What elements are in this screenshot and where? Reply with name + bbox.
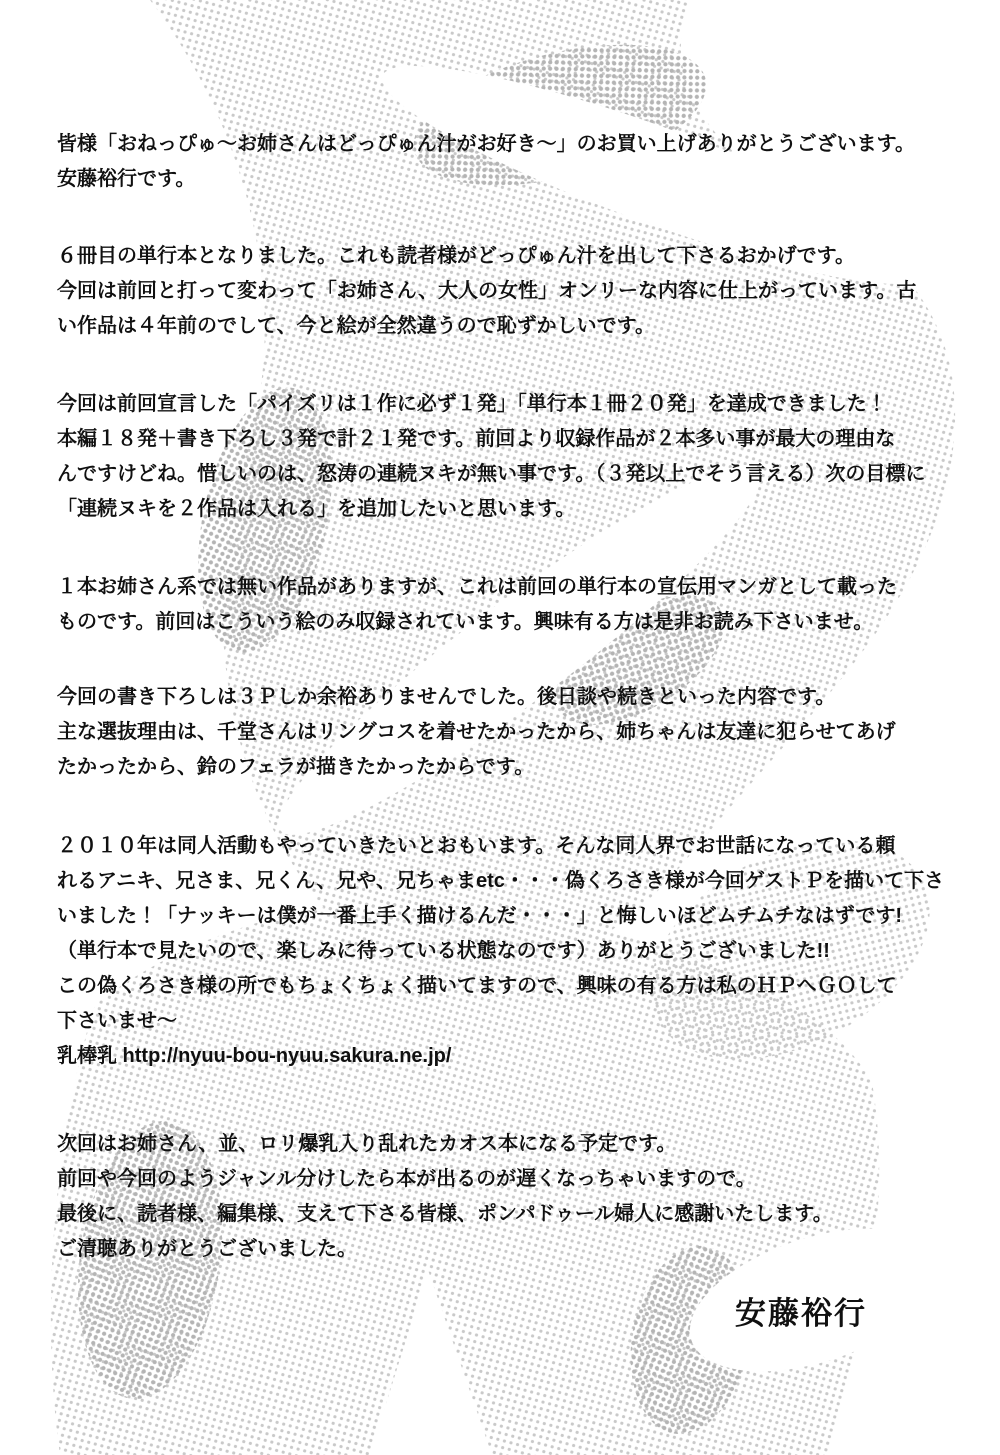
text-line: 最後に、読者様、編集様、支えて下さる皆様、ポンパドゥール婦人に感謝いたします。 (57, 1197, 957, 1232)
text-line: ものです。前回はこういう絵のみ収録されています。興味有る方は是非お読み下さいませ… (57, 605, 957, 640)
text-line: たかったから、鈴のフェラが描きたかったからです。 (57, 750, 957, 785)
text-line: んですけどね。惜しいのは、怒涛の連続ヌキが無い事です。（３発以上でそう言える）次… (57, 457, 957, 492)
text-line: 「連続ヌキを２作品は入れる」を追加したいと思います。 (57, 492, 957, 527)
text-line: 下さいませ～ (57, 1004, 957, 1039)
text-line: 安藤裕行です。 (57, 162, 957, 197)
website-url-line: 乳棒乳 http://nyuu-bou-nyuu.sakura.ne.jp/ (57, 1039, 957, 1074)
text-line: 前回や今回のようジャンル分けしたら本が出るのが遅くなっちゃいますので。 (57, 1162, 957, 1197)
text-line: ２０１０年は同人活動もやっていきたいとおもいます。そんな同人界でお世話になってい… (57, 829, 957, 864)
text-line: ６冊目の単行本となりました。これも読者様がどっぴゅん汁を出して下さるおかげです。 (57, 239, 957, 274)
paragraph-promo-manga: １本お姉さん系では無い作品がありますが、これは前回の単行本の宣伝用マンガとして載… (57, 570, 957, 640)
paragraph-greeting: 皆様「おねっぴゅ～お姉さんはどっぴゅん汁がお好き～」のお買い上げありがとうござい… (57, 127, 957, 197)
text-line: ご清聴ありがとうございました。 (57, 1232, 957, 1267)
text-line: １本お姉さん系では無い作品がありますが、これは前回の単行本の宣伝用マンガとして載… (57, 570, 957, 605)
paragraph-sixth-book: ６冊目の単行本となりました。これも読者様がどっぴゅん汁を出して下さるおかげです。… (57, 239, 957, 344)
text-line: 今回は前回宣言した「パイズリは１作に必ず１発」「単行本１冊２０発」を達成できまし… (57, 387, 957, 422)
text-line: 次回はお姉さん、並、ロリ爆乳入り乱れたカオス本になる予定です。 (57, 1127, 957, 1162)
text-line: （単行本で見たいので、楽しみに待っている状態なのです）ありがとうございました!! (57, 934, 957, 969)
paragraph-doujin-guest: ２０１０年は同人活動もやっていきたいとおもいます。そんな同人界でお世話になってい… (57, 829, 957, 1074)
text-line: れるアニキ、兄さま、兄くん、兄や、兄ちゃまetc・・・偽くろさき様が今回ゲストＰ… (57, 864, 957, 899)
text-line: 主な選抜理由は、千堂さんはリングコスを着せたかったから、姉ちゃんは友達に犯らせて… (57, 715, 957, 750)
text-line: い作品は４年前のでして、今と絵が全然違うので恥ずかしいです。 (57, 309, 957, 344)
text-line: いました！「ナッキーは僕が一番上手く描けるんだ・・・」と悔しいほどムチムチなはず… (57, 899, 957, 934)
text-line: 今回は前回と打って変わって「お姉さん、大人の女性」オンリーな内容に仕上がっていま… (57, 274, 957, 309)
paragraph-next-book-thanks: 次回はお姉さん、並、ロリ爆乳入り乱れたカオス本になる予定です。 前回や今回のよう… (57, 1127, 957, 1267)
text-line: この偽くろさき様の所でもちょくちょく描いてますので、興味の有る方は私のＨＰへＧＯ… (57, 969, 957, 1004)
author-signature: 安藤裕行 (735, 1288, 867, 1333)
text-line: 今回の書き下ろしは３Ｐしか余裕ありませんでした。後日談や続きといった内容です。 (57, 680, 957, 715)
afterword-page: 皆様「おねっぴゅ～お姉さんはどっぴゅん汁がお好き～」のお買い上げありがとうござい… (0, 0, 1000, 1455)
text-line: 皆様「おねっぴゅ～お姉さんはどっぴゅん汁がお好き～」のお買い上げありがとうござい… (57, 127, 957, 162)
text-line: 本編１８発＋書き下ろし３発で計２１発です。前回より収録作品が２本多い事が最大の理… (57, 422, 957, 457)
paragraph-goals: 今回は前回宣言した「パイズリは１作に必ず１発」「単行本１冊２０発」を達成できまし… (57, 387, 957, 527)
paragraph-new-pages: 今回の書き下ろしは３Ｐしか余裕ありませんでした。後日談や続きといった内容です。 … (57, 680, 957, 785)
